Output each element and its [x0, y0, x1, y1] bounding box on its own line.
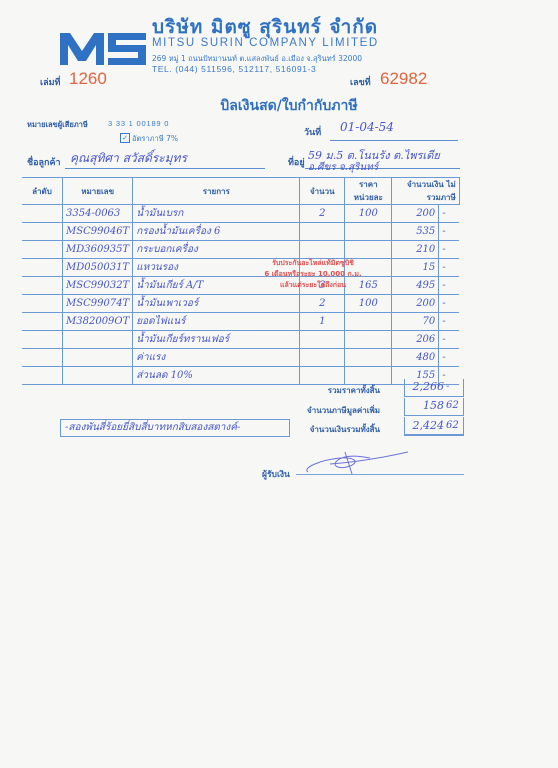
cell-satang: - — [439, 205, 460, 223]
cell-satang: - — [439, 313, 460, 331]
cell-amount: 200 — [392, 295, 439, 313]
cell-code — [63, 367, 133, 385]
cell-code: MSC99074T — [63, 295, 133, 313]
header-unit-price: ราคา หน่วยละ — [345, 178, 392, 205]
table-row: MD360935Tกระบอกเครื่อง210- — [22, 241, 459, 259]
document-number: 62982 — [380, 69, 427, 89]
cell-order — [22, 223, 63, 241]
vat-checkbox: ✓ — [120, 133, 130, 143]
receiver-label: ผู้รับเงิน — [262, 467, 290, 481]
table-row: M382009OTยอดไฟแนร์170- — [22, 313, 459, 331]
subtotal-satang: - — [446, 381, 449, 392]
cell-qty — [300, 331, 345, 349]
cell-code: M382009OT — [63, 313, 133, 331]
address-label: ที่อยู่ — [288, 155, 305, 169]
table-row: ส่วนลด 10%155- — [22, 367, 459, 385]
customer-underline — [65, 168, 265, 169]
cell-unit-price — [345, 331, 392, 349]
cell-amount: 210 — [392, 241, 439, 259]
cell-amount: 206 — [392, 331, 439, 349]
header-code: หมายเลข — [63, 178, 133, 205]
cell-satang: - — [439, 241, 460, 259]
address-line-2: อ.ศีขร จ.สุรินทร์ — [308, 160, 378, 175]
cell-qty: 2 — [300, 295, 345, 313]
date-value: 01-04-54 — [340, 120, 394, 134]
customer-name: คุณสุทิศา สวัสดิ์ระมุทร — [70, 149, 187, 168]
cell-unit-price — [345, 349, 392, 367]
book-number-label: เล่มที่ — [40, 75, 60, 89]
cell-order — [22, 277, 63, 295]
cell-amount: 200 — [392, 205, 439, 223]
subtotal-value: 2,266 — [404, 380, 444, 393]
header-amount: จำนวนเงิน ไม่รวมภาษี — [392, 178, 460, 205]
cell-qty: 1 — [300, 313, 345, 331]
cell-code: MD050031T — [63, 259, 133, 277]
cell-order — [22, 349, 63, 367]
amount-in-words: -สองพันสี่ร้อยยี่สิบสี่บาทหกสิบสองสตางค์… — [60, 419, 290, 437]
cell-order — [22, 205, 63, 223]
warranty-stamp: รับประกันอะไหล่แท้มิตซูบิชิ 6 เดือนหรือร… — [248, 258, 378, 291]
items-table: ลำดับ หมายเลข รายการ จำนวน ราคา หน่วยละ … — [22, 177, 460, 385]
cell-code: 3354-0063 — [63, 205, 133, 223]
vat-amount-satang: 62 — [446, 400, 459, 411]
vat-amount-value: 158 — [404, 399, 444, 412]
tax-id-label: หมายเลขผู้เสียภาษี — [27, 119, 88, 131]
cell-satang: - — [439, 277, 460, 295]
cell-description: ยอดไฟแนร์ — [133, 313, 300, 331]
cell-unit-price — [345, 223, 392, 241]
cell-unit-price — [345, 241, 392, 259]
header-description: รายการ — [133, 178, 300, 205]
cell-satang: - — [439, 223, 460, 241]
cell-description: น้ำมันเกียร์ทรานเฟอร์ — [133, 331, 300, 349]
table-row: MSC99032Tน้ำมันเกียร์ A/T3165495- — [22, 277, 459, 295]
document-title: บิลเงินสด/ใบกำกับภาษี — [0, 95, 558, 117]
cell-qty — [300, 349, 345, 367]
date-underline — [330, 140, 458, 141]
stamp-line-3: แล้วแต่ระยะใดถึงก่อน — [248, 280, 378, 291]
cell-code: MSC99046T — [63, 223, 133, 241]
cell-order — [22, 241, 63, 259]
cell-unit-price — [345, 313, 392, 331]
cell-code: MSC99032T — [63, 277, 133, 295]
book-number: 1260 — [69, 69, 107, 89]
date-label: วันที่ — [304, 125, 321, 139]
header-order: ลำดับ — [22, 178, 63, 205]
cell-qty — [300, 367, 345, 385]
grand-total-satang: 62 — [446, 420, 459, 431]
cell-order — [22, 331, 63, 349]
table-row: น้ำมันเกียร์ทรานเฟอร์206- — [22, 331, 459, 349]
cell-description: น้ำมันเพาเวอร์ — [133, 295, 300, 313]
vat-rate-label: อัตราภาษี 7% — [132, 133, 178, 145]
cell-qty — [300, 223, 345, 241]
tax-id: 3 33 1 00189 0 — [108, 119, 169, 128]
table-row: MD050031Tแหวนรอง15- — [22, 259, 459, 277]
cell-order — [22, 259, 63, 277]
header-qty: จำนวน — [300, 178, 345, 205]
cell-satang: - — [439, 295, 460, 313]
document-number-label: เลขที่ — [350, 75, 371, 89]
subtotal-label: รวมราคาทั้งสิ้น — [250, 384, 380, 397]
receiver-signature — [300, 448, 410, 478]
cell-order — [22, 367, 63, 385]
table-header-row: ลำดับ หมายเลข รายการ จำนวน ราคา หน่วยละ … — [22, 178, 459, 205]
cell-amount: 495 — [392, 277, 439, 295]
cell-description: ส่วนลด 10% — [133, 367, 300, 385]
cell-satang: - — [439, 331, 460, 349]
table-row: 3354-0063น้ำมันเบรก2100200- — [22, 205, 459, 223]
company-name-english: MITSU SURIN COMPANY LIMITED — [152, 37, 379, 49]
cell-code — [63, 349, 133, 367]
cell-unit-price — [345, 367, 392, 385]
cell-order — [22, 313, 63, 331]
stamp-line-1: รับประกันอะไหล่แท้มิตซูบิชิ — [248, 258, 378, 269]
cell-description: กรองน้ำมันเครื่อง 6 — [133, 223, 300, 241]
cell-satang: - — [439, 349, 460, 367]
cell-satang: - — [439, 259, 460, 277]
table-row: ค่าแรง480- — [22, 349, 459, 367]
cell-order — [22, 295, 63, 313]
cell-amount: 15 — [392, 259, 439, 277]
cell-amount: 535 — [392, 223, 439, 241]
cell-amount: 480 — [392, 349, 439, 367]
cell-description: ค่าแรง — [133, 349, 300, 367]
grand-total-value: 2,424 — [404, 419, 444, 432]
vat-amount-label: จำนวนภาษีมูลค่าเพิ่ม — [250, 404, 380, 417]
company-telephone: TEL. (044) 511596, 512117, 516091-3 — [152, 64, 316, 74]
cell-description: กระบอกเครื่อง — [133, 241, 300, 259]
cell-code: MD360935T — [63, 241, 133, 259]
cell-amount: 70 — [392, 313, 439, 331]
cell-qty: 2 — [300, 205, 345, 223]
cell-unit-price: 100 — [345, 295, 392, 313]
customer-label: ชื่อลูกค้า — [27, 155, 61, 169]
cell-qty — [300, 241, 345, 259]
cell-unit-price: 100 — [345, 205, 392, 223]
table-row: MSC99046Tกรองน้ำมันเครื่อง 6535- — [22, 223, 459, 241]
cell-code — [63, 331, 133, 349]
company-logo — [60, 33, 146, 65]
table-row: MSC99074Tน้ำมันเพาเวอร์2100200- — [22, 295, 459, 313]
stamp-line-2: 6 เดือนหรือระยะ 10,000 ก.ม. — [248, 269, 378, 280]
cell-description: น้ำมันเบรก — [133, 205, 300, 223]
